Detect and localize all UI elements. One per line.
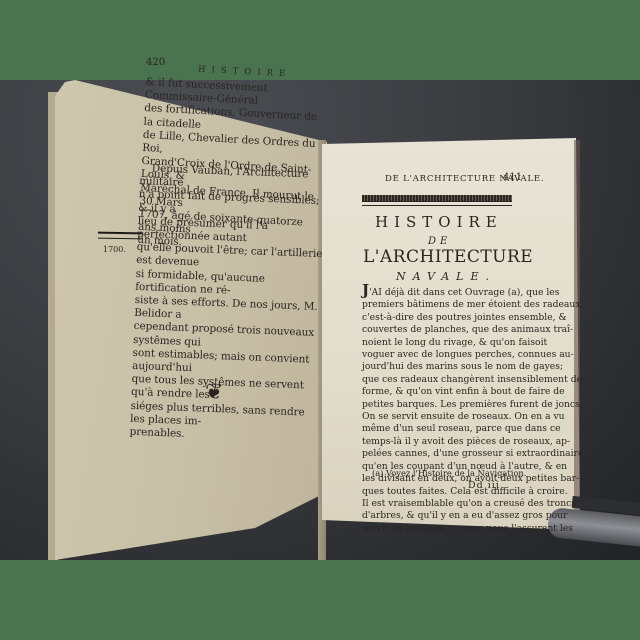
text-line: d'arbres, & qu'il y en a eu d'assez gros… (362, 510, 514, 522)
text-line: On se servit ensuite de roseaux. On en a… (362, 411, 514, 423)
signature-mark: Dd iij (468, 480, 500, 491)
bottom-border-band (0, 560, 640, 640)
text-line: Il est vraisemblable qu'on a creusé des … (362, 498, 514, 510)
margin-double-rule (98, 232, 142, 240)
chapter-title-de: DE (428, 236, 451, 247)
left-page-number: 420 (146, 57, 165, 68)
text-line: noient le long du rivage, & qu'on faisoi… (362, 337, 514, 349)
text-line: jourd'hui des marins sous le nom de gaye… (362, 361, 514, 373)
ornamental-rule (362, 195, 512, 202)
top-border-band (0, 0, 640, 80)
text-line: pelées cannes, d'une grosseur si extraor… (362, 448, 514, 460)
text-line: c'est-à-dire des poutres jointes ensembl… (362, 312, 514, 324)
right-page-body: J'AI déjà dit dans cet Ouvrage (a), que … (362, 284, 514, 535)
text-line: forme, & qu'on vint enfin à bout de fair… (362, 386, 514, 398)
text-line: que ces radeaux changèrent insensiblemen… (362, 374, 514, 386)
ornamental-rule-thin (362, 205, 512, 206)
right-page-edge (574, 140, 580, 530)
left-paragraph-2: Depuis Vauban, l'Architecture militaire … (129, 162, 330, 446)
text-line: même d'un seul roseau, parce que dans ce (362, 423, 514, 435)
fleuron-ornament-icon: ❦ (205, 380, 223, 405)
footnote: (a) Voyez l'Histoire de la Navigation. (372, 468, 526, 478)
right-page-number: 411 (503, 172, 522, 183)
text-line: couvertes de planches, que des animaux t… (362, 324, 514, 336)
chapter-title-architecture: L'ARCHITECTURE (363, 247, 533, 267)
text-line: petites barques. Les premières furent de… (362, 399, 514, 411)
text-line: J'AI déjà dit dans cet Ouvrage (a), que … (362, 284, 514, 299)
chapter-title-navale: NAVALE. (396, 270, 496, 283)
margin-date: 1700. (103, 245, 126, 254)
chapter-title-histoire: HISTOIRE (375, 213, 503, 231)
text-line: voguer avec de longues perches, connues … (362, 349, 514, 361)
text-line: temps-là il y avoit des pièces de roseau… (362, 436, 514, 448)
text-line: premiers bâtimens de mer étoient des rad… (362, 299, 514, 311)
text-line: servir de barques, comme nous l'assurent… (362, 523, 514, 535)
